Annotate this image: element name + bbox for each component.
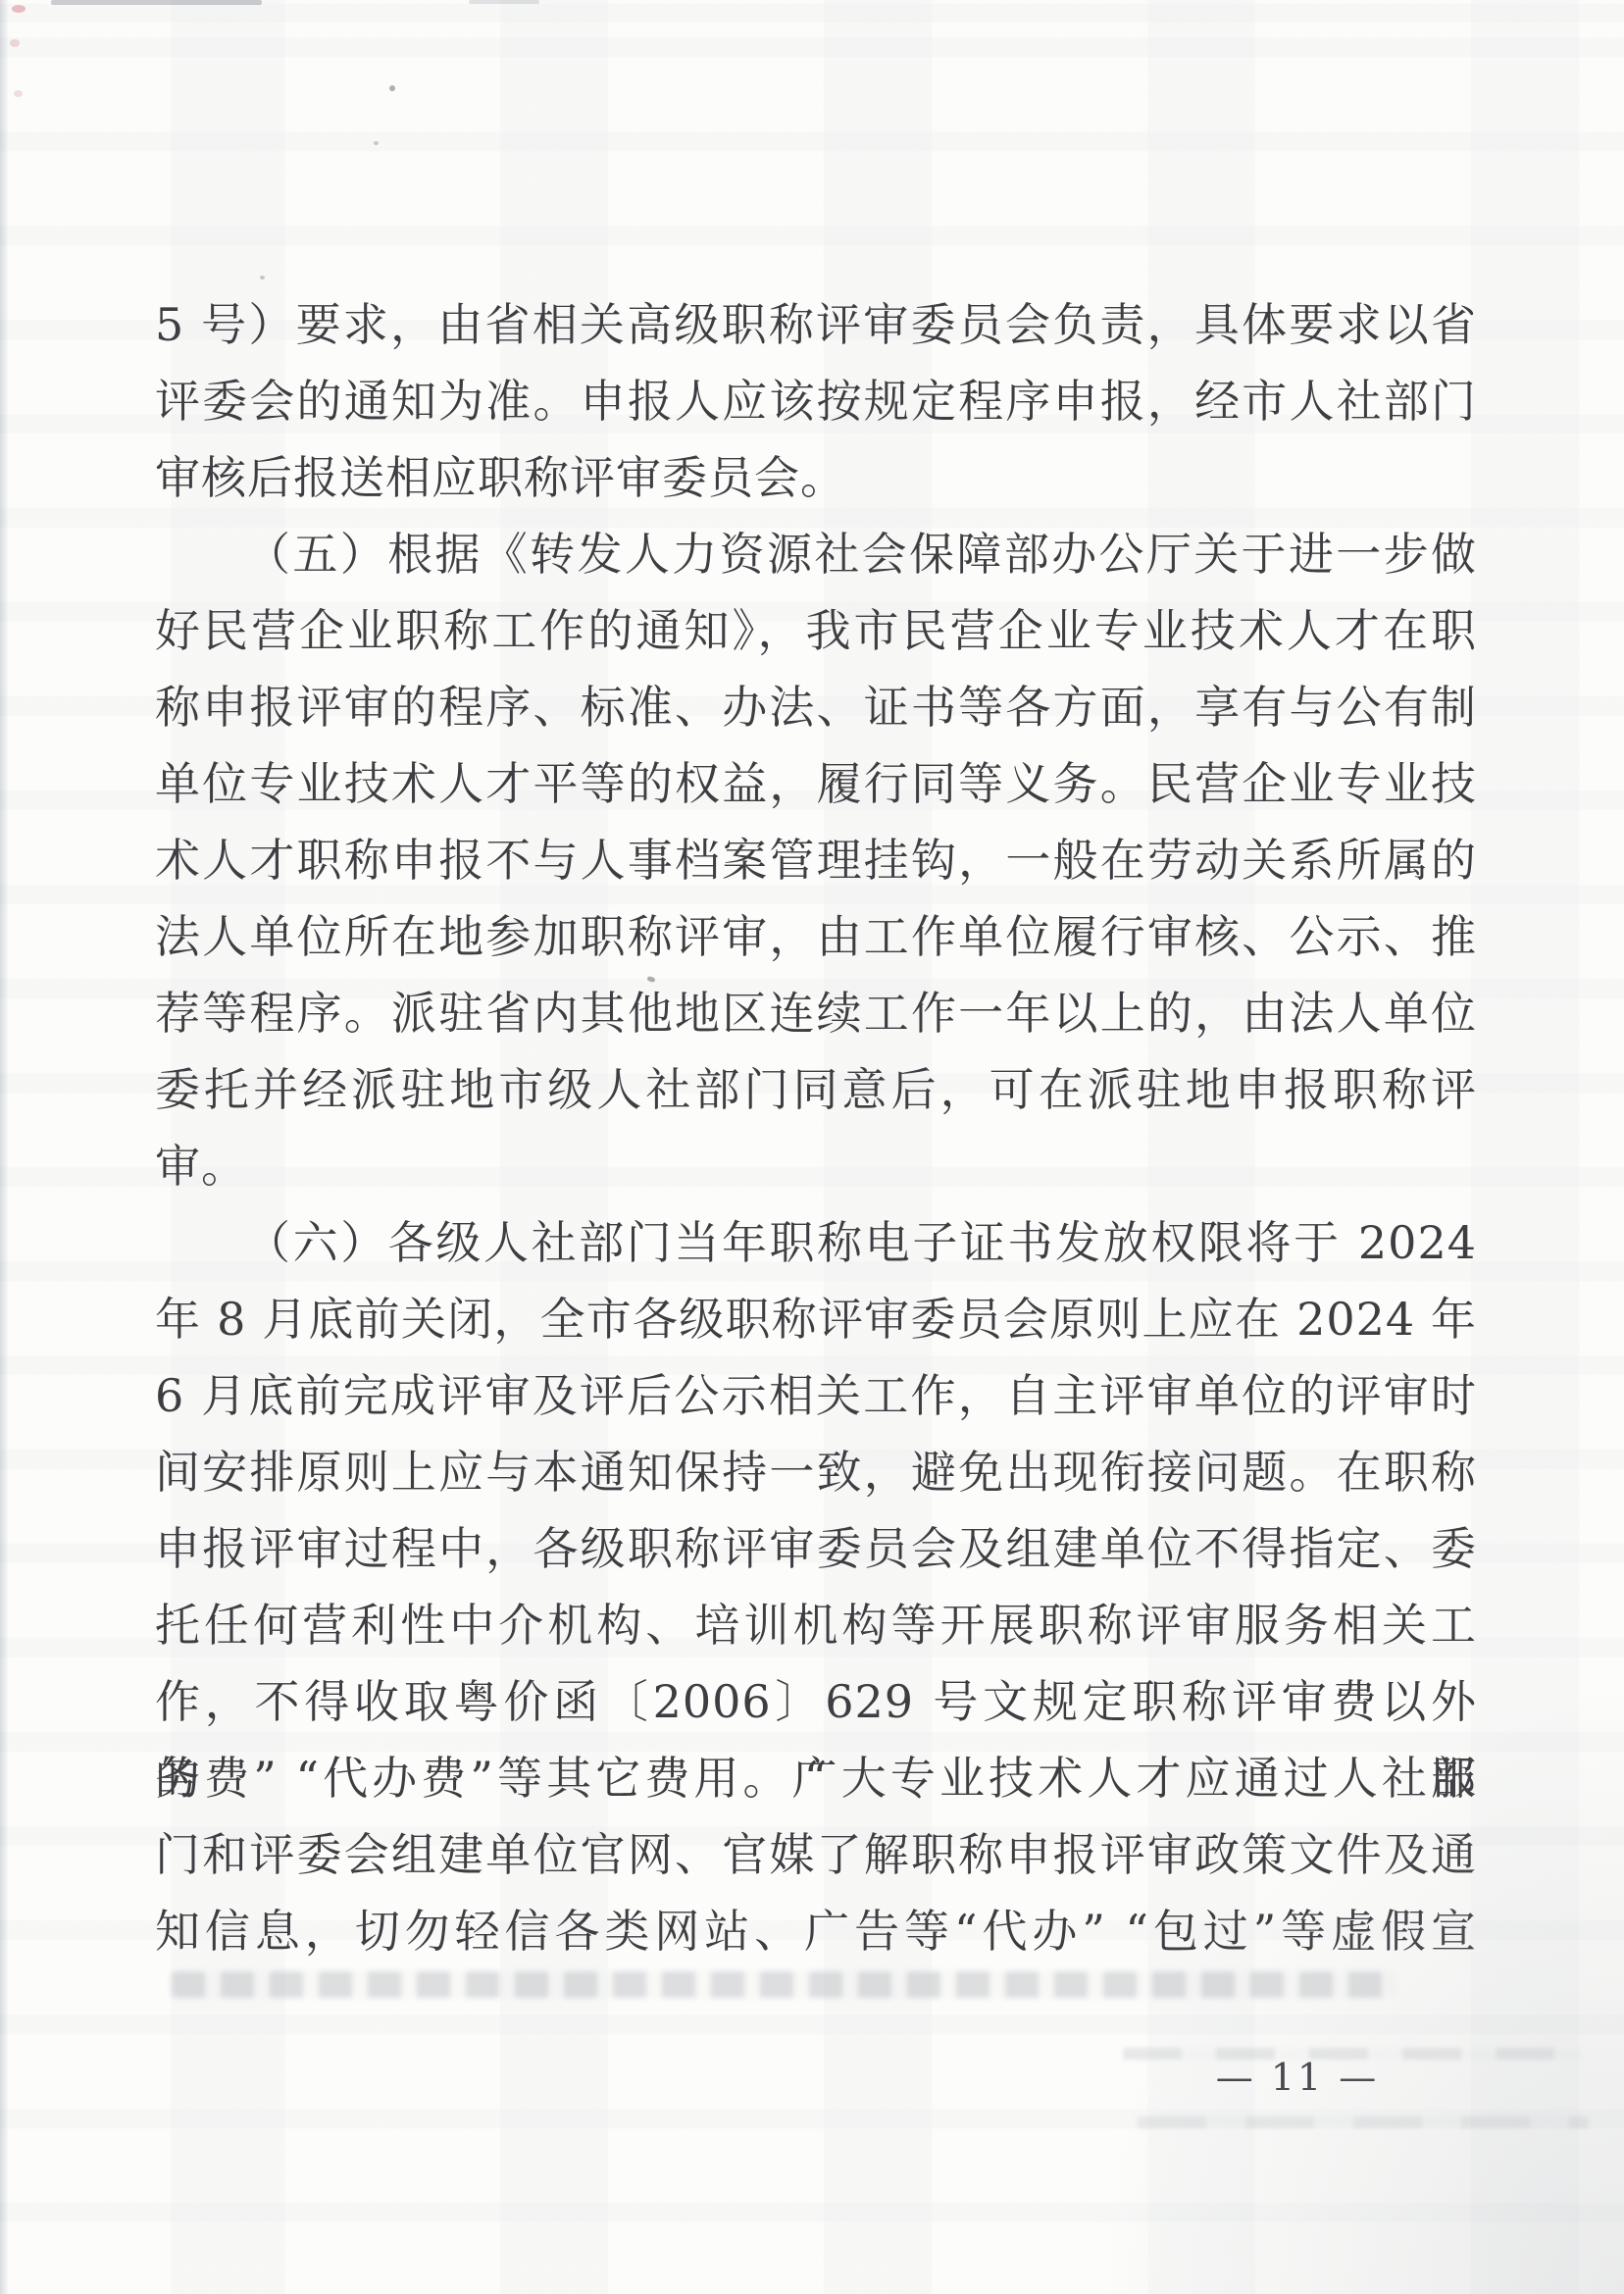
- text-line-22: 知信息，切勿轻信各类网站、广告等“代办” “包过”等虚假宣: [155, 1893, 1477, 1969]
- scan-speck: [389, 85, 395, 91]
- text-line-13: （六）各级人社部门当年职称电子证书发放权限将于 2024: [155, 1204, 1477, 1281]
- scan-speck: [14, 90, 23, 97]
- text-line-17: 申报评审过程中，各级职称评审委员会及组建单位不得指定、委: [155, 1510, 1477, 1587]
- text-line-4: （五）根据《转发人力资源社会保障部办公厅关于进一步做: [155, 516, 1477, 592]
- showthrough-ghost-text: [1138, 2116, 1589, 2128]
- text-line-5: 好民营企业职称工作的通知》，我市民营企业专业技术人才在职: [155, 592, 1477, 669]
- text-line-11: 委托并经派驻地市级人社部门同意后，可在派驻地申报职称评: [155, 1051, 1477, 1128]
- scan-edge-artifact: [0, 0, 8, 2294]
- text-line-20: 务费” “代办费”等其它费用。广大专业技术人才应通过人社部: [155, 1740, 1477, 1816]
- document-page: 5 号）要求，由省相关高级职称评审委员会负责，具体要求以省评委会的通知为准。申报…: [0, 0, 1624, 2294]
- text-line-1: 5 号）要求，由省相关高级职称评审委员会负责，具体要求以省: [155, 286, 1477, 363]
- scan-streak-artifact: [51, 0, 262, 5]
- text-line-10: 荐等程序。派驻省内其他地区连续工作一年以上的，由法人单位: [155, 975, 1477, 1051]
- page-number: — 11 —: [1204, 2056, 1391, 2099]
- scan-speck: [374, 141, 379, 145]
- showthrough-ghost-text: [172, 1971, 1397, 1998]
- document-body-text: 5 号）要求，由省相关高级职称评审委员会负责，具体要求以省评委会的通知为准。申报…: [155, 286, 1477, 1969]
- text-line-12: 审。: [155, 1128, 1477, 1204]
- text-line-21: 门和评委会组建单位官网、官媒了解职称申报评审政策文件及通: [155, 1816, 1477, 1893]
- text-line-6: 称申报评审的程序、标准、办法、证书等各方面，享有与公有制: [155, 669, 1477, 745]
- scan-speck: [10, 39, 20, 47]
- text-line-8: 术人才职称申报不与人事档案管理挂钩，一般在劳动关系所属的: [155, 822, 1477, 898]
- text-line-14: 年 8 月底前关闭，全市各级职称评审委员会原则上应在 2024 年: [155, 1281, 1477, 1357]
- text-line-3: 审核后报送相应职称评审委员会。: [155, 439, 1477, 516]
- text-line-16: 间安排原则上应与本通知保持一致，避免出现衔接问题。在职称: [155, 1434, 1477, 1510]
- text-line-2: 评委会的通知为准。申报人应该按规定程序申报，经市人社部门: [155, 363, 1477, 439]
- text-line-18: 托任何营利性中介机构、培训机构等开展职称评审服务相关工: [155, 1587, 1477, 1663]
- text-line-15: 6 月底前完成评审及评后公示相关工作，自主评审单位的评审时: [155, 1357, 1477, 1434]
- scan-speck: [260, 276, 265, 280]
- scan-streak-artifact: [469, 0, 539, 4]
- text-line-19: 作，不得收取粤价函〔2006〕629 号文规定职称评审费以外的“服: [155, 1663, 1477, 1740]
- text-line-9: 法人单位所在地参加职称评审，由工作单位履行审核、公示、推: [155, 898, 1477, 975]
- text-line-7: 单位专业技术人才平等的权益，履行同等义务。民营企业专业技: [155, 745, 1477, 822]
- scan-speck: [12, 5, 25, 13]
